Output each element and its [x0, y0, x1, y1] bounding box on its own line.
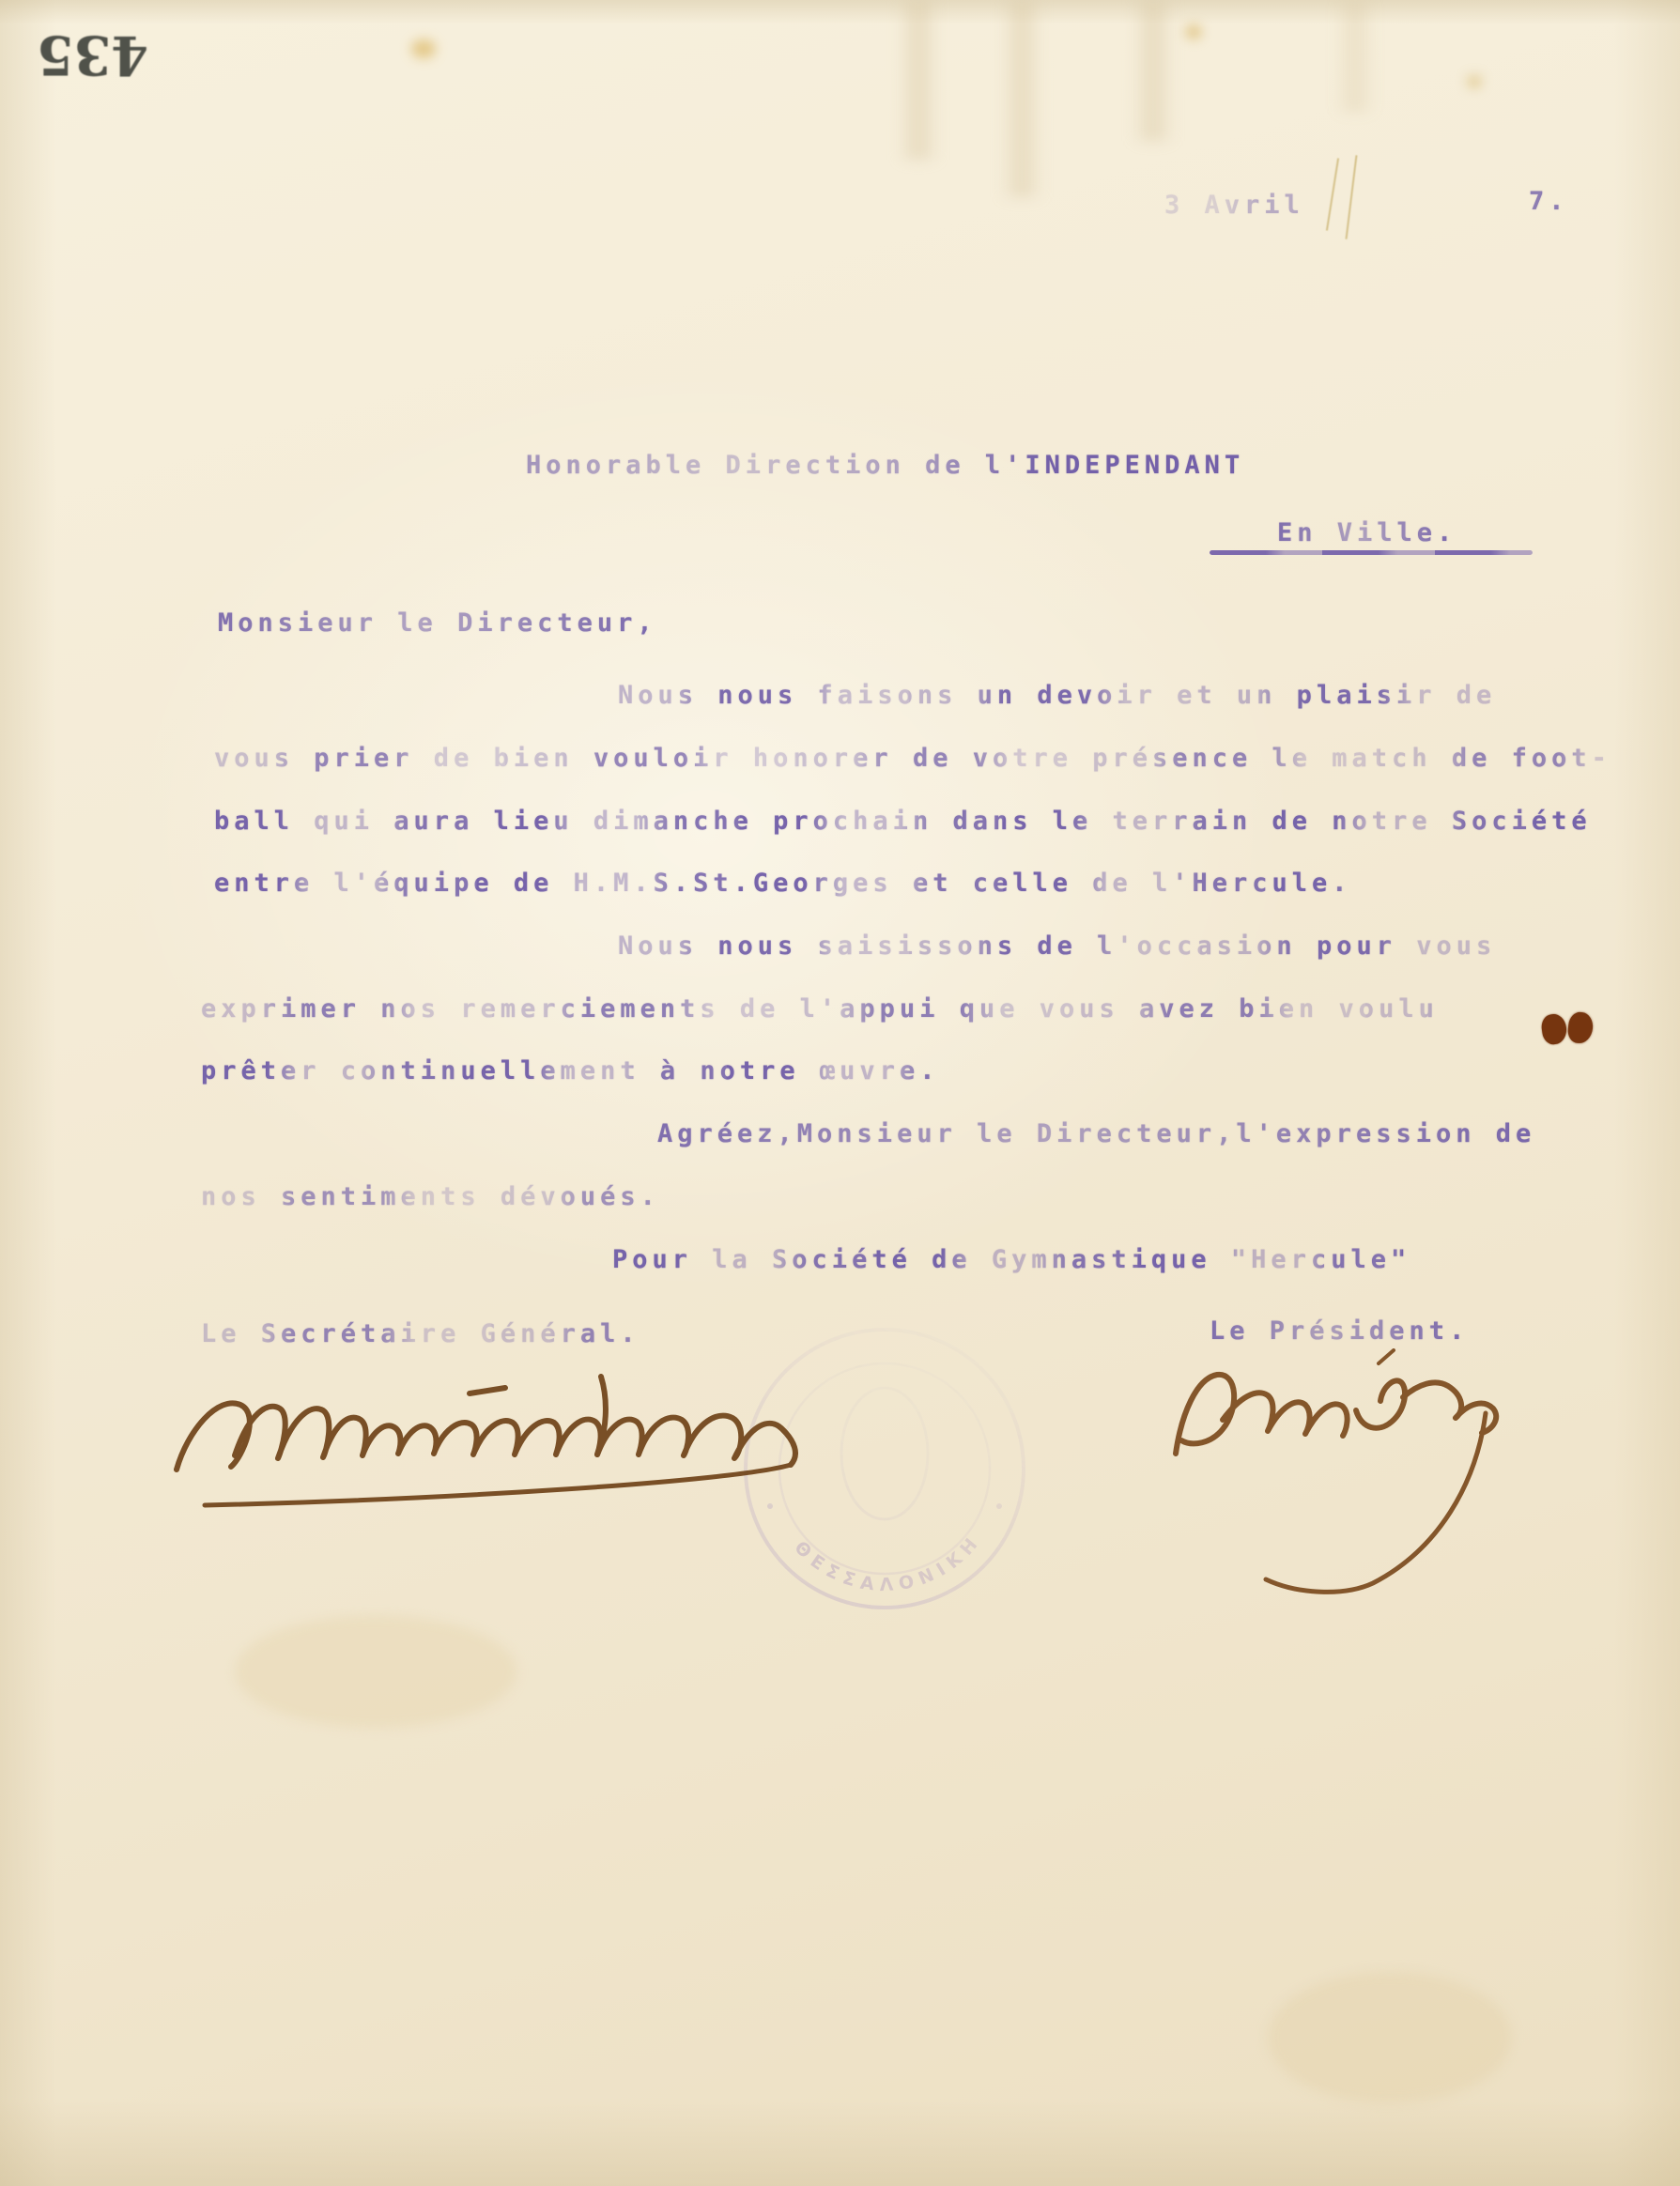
letter-page: 435 3 Avril 7. Honorable Direction de l'… [0, 0, 1680, 2186]
president-signature [0, 0, 1680, 2186]
